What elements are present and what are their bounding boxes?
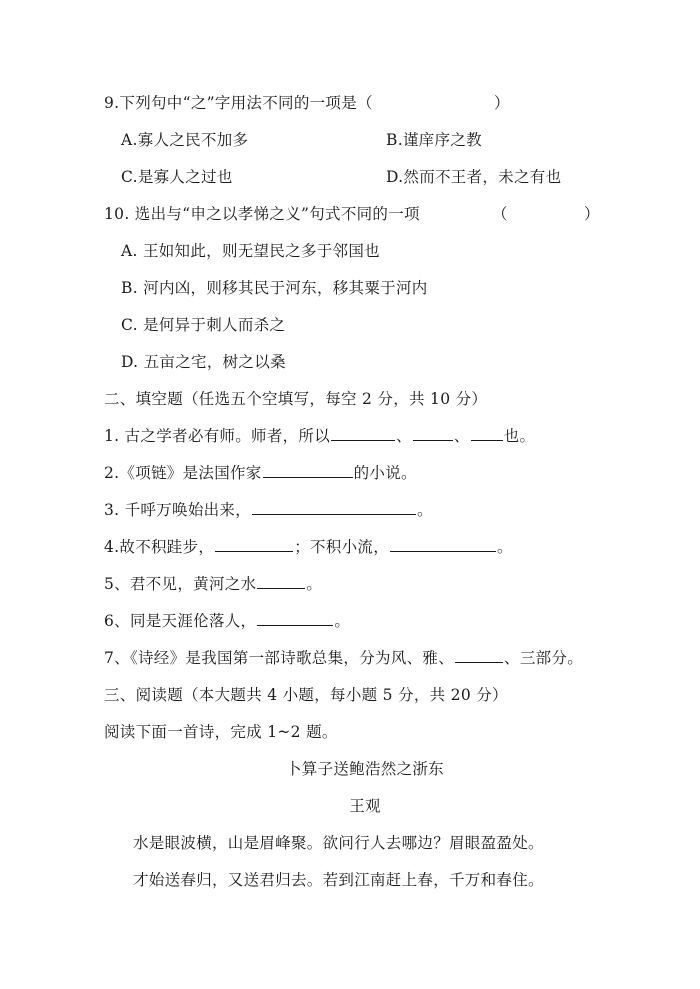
fill-blank[interactable] [331,425,395,441]
fill-item-6: 6、同是天涯伦落人，。 [104,610,350,632]
fill-item-4: 4.故不积跬步，；不积小流，。 [104,536,513,558]
fill-item-3-end: 。 [417,501,433,519]
section2-heading: 二、填空题（任选五个空填写，每空 2 分，共 10 分） [104,388,487,410]
fill-item-4-text: 4.故不积跬步， [104,538,214,556]
fill-item-1-end: 也。 [504,427,536,445]
q9-stem-text: 9.下列句中“之”字用法不同的一项是（ [104,94,373,112]
fill-blank[interactable] [252,499,416,515]
q10-option-a: A. 王如知此，则无望民之多于邻国也 [121,240,380,262]
fill-item-2: 2.《项链》是法国作家的小说。 [104,462,417,484]
poem-title: 卜算子送鲍浩然之浙东 [0,758,700,780]
section3-heading: 三、阅读题（本大题共 4 小题，每小题 5 分，共 20 分） [104,684,508,706]
poem-line-1: 水是眼波横，山是眉峰聚。欲问行人去哪边？眉眼盈盈处。 [133,832,544,854]
fill-item-3-text: 3. 千呼万唤始出来， [104,501,251,519]
q9-close-paren: ） [494,92,510,114]
q10-option-d: D. 五亩之宅，树之以桑 [121,351,286,373]
q10-option-c: C. 是何异于刺人而杀之 [121,314,285,336]
q10-close-paren: ） [584,203,600,225]
section3-instruction: 阅读下面一首诗，完成 1~2 题。 [104,721,338,743]
fill-item-5-text: 5、君不见，黄河之水 [104,575,256,593]
fill-item-5: 5、君不见，黄河之水。 [104,573,322,595]
fill-item-4-end: 。 [497,538,513,556]
fill-item-6-text: 6、同是天涯伦落人， [104,612,256,630]
q9-option-d: D.然而不王者，未之有也 [386,166,561,188]
poem-author: 王观 [0,795,700,817]
fill-item-1-text: 1. 古之学者必有师。师者，所以 [104,427,330,445]
fill-blank[interactable] [413,425,453,441]
poem-line-2: 才始送春归，又送君归去。若到江南赶上春，千万和春住。 [133,869,544,891]
fill-item-3: 3. 千呼万唤始出来，。 [104,499,433,521]
fill-item-7-end: 、三部分。 [504,649,583,667]
fill-item-5-end: 。 [306,575,322,593]
fill-blank[interactable] [263,462,353,478]
fill-blank[interactable] [215,536,293,552]
q10-open-paren: （ [492,203,508,225]
fill-item-6-end: 。 [334,612,350,630]
fill-blank[interactable] [257,573,305,589]
fill-blank[interactable] [455,647,503,663]
separator: 、 [396,427,412,445]
q10-option-b: B. 河内凶，则移其民于河东，移其粟于河内 [121,277,428,299]
fill-item-2-end: 的小说。 [354,464,417,482]
q9-option-c: C.是寡人之过也 [121,166,233,188]
fill-item-4-mid: ；不积小流， [294,538,389,556]
fill-item-7-text: 7、《诗经》是我国第一部诗歌总集，分为风、雅、 [104,649,454,667]
fill-item-2-text: 2.《项链》是法国作家 [104,464,262,482]
q10-stem: 10. 选出与“申之以孝悌之义”句式不同的一项 [104,203,420,225]
fill-blank[interactable] [390,536,496,552]
fill-blank[interactable] [471,425,503,441]
fill-blank[interactable] [257,610,333,626]
fill-item-7: 7、《诗经》是我国第一部诗歌总集，分为风、雅、、三部分。 [104,647,583,669]
q9-option-b: B.谨庠序之教 [386,129,482,151]
fill-item-1: 1. 古之学者必有师。师者，所以、、也。 [104,425,535,447]
separator: 、 [454,427,470,445]
q9-option-a: A.寡人之民不加多 [121,129,248,151]
q9-stem: 9.下列句中“之”字用法不同的一项是（ [104,92,373,114]
